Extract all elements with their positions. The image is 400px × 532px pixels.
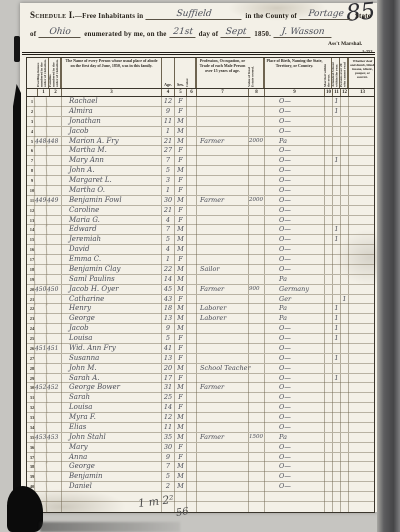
cell-school: [332, 166, 340, 176]
cell-remarks: [348, 383, 376, 393]
cell-age: 25: [161, 393, 174, 403]
cell-remarks: [348, 255, 376, 265]
cell-birth: O—: [264, 176, 324, 186]
cell-occupation: [196, 492, 248, 502]
cell-sex: F: [174, 295, 186, 305]
cell-occupation: [196, 206, 248, 216]
cell-family: [46, 107, 58, 117]
scan-edge-right: [377, 0, 400, 532]
header-divider-rule: [22, 52, 375, 55]
cell-family: [46, 423, 58, 433]
table-row: 8John A.5MO—: [27, 166, 374, 176]
cell-dwelling: [34, 107, 46, 117]
cell-remarks: [348, 354, 376, 364]
cell-school: [332, 265, 340, 275]
cell-color: [186, 383, 196, 393]
cell-married: [324, 334, 332, 344]
table-row: 11449449Benjamin Fowl30MFarmer2000O—: [27, 196, 374, 206]
cell-read: [340, 354, 348, 364]
cell-read: [340, 364, 348, 374]
cell-birth: O—: [264, 374, 324, 384]
cell-color: [186, 225, 196, 235]
cell-name: Wid. Ann Fry: [61, 344, 161, 354]
cell-sex: M: [174, 324, 186, 334]
table-row: 17Emma C.1FO—: [27, 255, 374, 265]
cell-occupation: [196, 146, 248, 156]
cell-age: 4: [161, 245, 174, 255]
cell-school: [332, 275, 340, 285]
cell-name: Caroline: [61, 206, 161, 216]
cell-married: [324, 235, 332, 245]
cell-married: [324, 137, 332, 147]
cell-family: [46, 304, 58, 314]
cell-occupation: [196, 235, 248, 245]
cell-color: [186, 413, 196, 423]
marshal-signature: J. Wasson: [273, 27, 332, 38]
cell-remarks: [348, 265, 376, 275]
cell-value: [248, 235, 264, 245]
cell-remarks: [348, 482, 376, 492]
cell-dwelling: [34, 482, 46, 492]
cell-sex: F: [174, 393, 186, 403]
cell-occupation: [196, 117, 248, 127]
cell-sex: F: [174, 156, 186, 166]
cell-birth: Pa: [264, 137, 324, 147]
cell-value: [248, 186, 264, 196]
cell-birth: O—: [264, 186, 324, 196]
header-line-1: Schedule I. —Free Inhabitants in Suffiel…: [30, 9, 370, 20]
colnum-6: 6: [186, 89, 196, 96]
cell-school: [332, 413, 340, 423]
cell-family: 450: [46, 284, 58, 294]
form-header: Schedule I. —Free Inhabitants in Suffiel…: [30, 9, 370, 38]
cell-value: 2000: [248, 137, 264, 147]
cell-name: Louisa: [61, 403, 161, 413]
cell-married: [324, 433, 332, 443]
cell-occupation: [196, 462, 248, 472]
cell-family: 453: [46, 432, 58, 442]
cell-school: [332, 393, 340, 403]
cell-married: [324, 383, 332, 393]
cell-school: [332, 492, 340, 502]
cell-age: 14: [161, 275, 174, 285]
cell-sex: M: [174, 245, 186, 255]
cell-birth: O—: [264, 393, 324, 403]
title-text: —Free Inhabitants in: [75, 12, 143, 20]
cell-sex: F: [174, 453, 186, 463]
cell-remarks: [348, 127, 376, 137]
cell-dwelling: [34, 462, 46, 472]
cell-color: [186, 156, 196, 166]
colnum-blank: [27, 89, 37, 96]
cell-age: 1: [161, 127, 174, 137]
cell-color: [186, 334, 196, 344]
cell-family: [46, 186, 58, 196]
cell-birth: O—: [264, 255, 324, 265]
cell-remarks: [348, 502, 376, 512]
cell-name: Jonathan: [61, 117, 161, 127]
cell-value: [248, 216, 264, 226]
cell-sex: M: [174, 235, 186, 245]
cell-remarks: [348, 374, 376, 384]
cell-read: [340, 433, 348, 443]
cell-family: [46, 245, 58, 255]
cell-color: [186, 245, 196, 255]
cell-name: Anna: [61, 453, 161, 463]
cell-age: 7: [161, 225, 174, 235]
table-row: 42: [27, 502, 374, 512]
cell-name: Benjamin: [61, 472, 161, 482]
cell-name: Catharine: [61, 295, 161, 305]
cell-remarks: [348, 462, 376, 472]
cell-birth: O—: [264, 443, 324, 453]
cell-color: [186, 453, 196, 463]
cell-occupation: [196, 453, 248, 463]
cell-occupation: [196, 225, 248, 235]
cell-sex: M: [174, 423, 186, 433]
cell-birth: O—: [264, 403, 324, 413]
cell-name: Saml Paulins: [61, 275, 161, 285]
cell-color: [186, 374, 196, 384]
cell-birth: O—: [264, 117, 324, 127]
cell-sex: M: [174, 472, 186, 482]
cell-school: 1: [332, 334, 340, 344]
colnum-13: 13: [348, 89, 376, 96]
cell-age: 35: [161, 433, 174, 443]
cell-remarks: [348, 393, 376, 403]
col-head-married: Married within the year.: [324, 58, 332, 88]
cell-remarks: [348, 97, 376, 107]
cell-dwelling: [34, 363, 46, 373]
cell-dwelling: [34, 126, 46, 136]
colnum-2: 2: [49, 89, 61, 96]
table-row: 3Jonathan11MO—: [27, 117, 374, 127]
cell-value: [248, 166, 264, 176]
cell-birth: Pa: [264, 275, 324, 285]
cell-birth: O—: [264, 156, 324, 166]
cell-read: [340, 137, 348, 147]
cell-remarks: [348, 117, 376, 127]
cell-value: [248, 393, 264, 403]
cell-remarks: [348, 344, 376, 354]
cell-occupation: [196, 107, 248, 117]
cell-value: [248, 314, 264, 324]
cell-occupation: [196, 354, 248, 364]
table-row: 28John M.20MSchool TeacherO—: [27, 364, 374, 374]
cell-birth: O—: [264, 472, 324, 482]
table-row: 26451451Wid. Ann Fry41FO—: [27, 344, 374, 354]
cell-family: [46, 205, 58, 215]
cell-school: [332, 344, 340, 354]
cell-family: 452: [46, 383, 58, 393]
cell-color: [186, 364, 196, 374]
census-table: Dwelling-houses numbered in the order of…: [26, 57, 375, 513]
cell-value: [248, 443, 264, 453]
cell-remarks: [348, 304, 376, 314]
cell-remarks: [348, 334, 376, 344]
cell-read: [340, 374, 348, 384]
cell-read: [340, 413, 348, 423]
cell-married: [324, 364, 332, 374]
cell-married: [324, 472, 332, 482]
cell-sex: M: [174, 265, 186, 275]
cell-age: 1: [161, 186, 174, 196]
scan-edge-smudge: [40, 522, 180, 532]
cell-school: [332, 443, 340, 453]
state-field: Ohio: [39, 27, 82, 38]
cell-color: [186, 275, 196, 285]
cell-age: 11: [161, 117, 174, 127]
cell-value: [248, 146, 264, 156]
table-body: 1Rachael12FO—12Almira9FO—13Jonathan11MO—…: [26, 97, 375, 513]
table-row: 39Benjamin5MO—: [27, 472, 374, 482]
cell-name: Benjamin Fowl: [61, 196, 161, 206]
cell-name: Sarah A.: [61, 374, 161, 384]
table-row: 12Caroline21FO—: [27, 206, 374, 216]
cell-value: [248, 423, 264, 433]
cell-color: [186, 166, 196, 176]
cell-remarks: [348, 413, 376, 423]
cell-school: 1: [332, 374, 340, 384]
cell-read: [340, 186, 348, 196]
cell-married: [324, 206, 332, 216]
cell-value: [248, 176, 264, 186]
cell-name: David: [61, 245, 161, 255]
cell-remarks: [348, 206, 376, 216]
col-head-value: Value of Real Estate owned.: [248, 58, 264, 88]
pencil-annotation-2: 56: [175, 506, 189, 519]
cell-birth: Germany: [264, 285, 324, 295]
cell-read: [340, 285, 348, 295]
cell-read: [340, 472, 348, 482]
cell-read: [340, 225, 348, 235]
cell-birth: Pa: [264, 433, 324, 443]
cell-remarks: [348, 472, 376, 482]
cell-birth: O—: [264, 245, 324, 255]
cell-married: [324, 186, 332, 196]
cell-color: [186, 403, 196, 413]
cell-occupation: Farmer: [196, 196, 248, 206]
cell-read: [340, 216, 348, 226]
cell-value: 2000: [248, 196, 264, 206]
cell-sex: F: [174, 354, 186, 364]
cell-read: [340, 453, 348, 463]
cell-birth: O—: [264, 235, 324, 245]
enumerated-label: enumerated by me, on the: [84, 30, 166, 38]
cell-family: [46, 176, 58, 186]
state-label: State: [355, 12, 371, 20]
cell-married: [324, 255, 332, 265]
cell-remarks: [348, 423, 376, 433]
cell-color: [186, 344, 196, 354]
colnum-3: 3: [61, 89, 161, 96]
cell-occupation: [196, 166, 248, 176]
cell-school: [332, 383, 340, 393]
cell-name: Edward: [61, 225, 161, 235]
cell-family: [46, 255, 58, 265]
cell-read: [340, 334, 348, 344]
cell-school: [332, 176, 340, 186]
cell-value: [248, 492, 264, 502]
cell-dwelling: [34, 97, 46, 107]
cell-married: [324, 295, 332, 305]
cell-sex: M: [174, 117, 186, 127]
cell-sex: F: [174, 443, 186, 453]
cell-value: [248, 107, 264, 117]
cell-dwelling: [34, 255, 46, 265]
cell-sex: M: [174, 364, 186, 374]
table-row: 34Elias11MO—: [27, 423, 374, 433]
cell-age: 13: [161, 354, 174, 364]
cell-remarks: [348, 314, 376, 324]
cell-occupation: [196, 472, 248, 482]
year-label: 1850.: [254, 30, 271, 38]
cell-value: [248, 225, 264, 235]
cell-name: Martha M.: [61, 146, 161, 156]
cell-remarks: [348, 275, 376, 285]
cell-school: [332, 482, 340, 492]
cell-birth: O—: [264, 265, 324, 275]
cell-age: 22: [161, 265, 174, 275]
cell-sex: M: [174, 127, 186, 137]
cell-value: [248, 334, 264, 344]
cell-read: [340, 502, 348, 512]
cell-married: [324, 354, 332, 364]
cell-value: [248, 482, 264, 492]
cell-value: [248, 265, 264, 275]
cell-married: [324, 176, 332, 186]
cell-sex: M: [174, 413, 186, 423]
cell-remarks: [348, 403, 376, 413]
colnum-12: 12: [340, 89, 348, 96]
cell-sex: [174, 492, 186, 502]
cell-remarks: [348, 186, 376, 196]
table-row: 23George13MLaborerPa1: [27, 314, 374, 324]
cell-school: [332, 245, 340, 255]
cell-dwelling: [34, 205, 46, 215]
cell-value: 1500: [248, 433, 264, 443]
cell-read: [340, 304, 348, 314]
cell-name: Maria G.: [61, 216, 161, 226]
cell-birth: O—: [264, 166, 324, 176]
cell-school: 1: [332, 97, 340, 107]
cell-age: 21: [161, 137, 174, 147]
cell-family: [46, 324, 58, 334]
cell-school: 1: [332, 107, 340, 117]
cell-school: 1: [332, 314, 340, 324]
cell-school: [332, 196, 340, 206]
cell-birth: O—: [264, 97, 324, 107]
colnum-1: 1: [37, 89, 49, 96]
cell-occupation: [196, 127, 248, 137]
cell-school: 1: [332, 235, 340, 245]
cell-sex: F: [174, 97, 186, 107]
cell-sex: M: [174, 225, 186, 235]
cell-color: [186, 107, 196, 117]
cell-remarks: [348, 245, 376, 255]
cell-occupation: School Teacher: [196, 364, 248, 374]
cell-family: [46, 314, 58, 324]
cell-age: 12: [161, 413, 174, 423]
cell-color: [186, 462, 196, 472]
cell-school: [332, 453, 340, 463]
cell-read: [340, 462, 348, 472]
cell-married: [324, 245, 332, 255]
table-row: 35453453John Stahl35MFarmer1500Pa: [27, 433, 374, 443]
cell-name: John A.: [61, 166, 161, 176]
cell-read: [340, 206, 348, 216]
cell-read: [340, 443, 348, 453]
cell-family: [46, 492, 58, 502]
cell-name: John Stahl: [61, 433, 161, 443]
cell-school: [332, 255, 340, 265]
table-row: 41: [27, 492, 374, 502]
cell-school: [332, 364, 340, 374]
cell-sex: F: [174, 146, 186, 156]
cell-school: 1: [332, 304, 340, 314]
cell-birth: O—: [264, 413, 324, 423]
cell-married: [324, 117, 332, 127]
cell-birth: O—: [264, 462, 324, 472]
cell-married: [324, 344, 332, 354]
cell-married: [324, 462, 332, 472]
cell-married: [324, 265, 332, 275]
table-row: 27Susanna13FO—1: [27, 354, 374, 364]
cell-sex: M: [174, 275, 186, 285]
cell-married: [324, 374, 332, 384]
cell-name: George: [61, 462, 161, 472]
cell-name: Marion A. Fry: [61, 137, 161, 147]
cell-occupation: Farmer: [196, 383, 248, 393]
cell-color: [186, 304, 196, 314]
table-row: 24Jacob9MO—1: [27, 324, 374, 334]
table-row: 5448448Marion A. Fry21MFarmer2000Pa: [27, 137, 374, 147]
cell-occupation: Farmer: [196, 433, 248, 443]
schedule-label: Schedule I.: [30, 10, 75, 20]
cell-value: [248, 206, 264, 216]
cell-age: 11: [161, 423, 174, 433]
cell-remarks: [348, 235, 376, 245]
cell-dwelling: [34, 324, 46, 334]
cell-school: [332, 462, 340, 472]
colnum-4: 4: [161, 89, 174, 96]
cell-birth: O—: [264, 324, 324, 334]
table-row: 20450450Jacob H. Oyer45MFarmer900Germany: [27, 285, 374, 295]
cell-color: [186, 314, 196, 324]
cell-sex: F: [174, 403, 186, 413]
cell-family: [46, 363, 58, 373]
cell-value: [248, 245, 264, 255]
cell-occupation: Laborer: [196, 304, 248, 314]
cell-name: Elias: [61, 423, 161, 433]
cell-dwelling: [34, 472, 46, 482]
day-of-label: day of: [199, 30, 219, 38]
cell-dwelling: [34, 314, 46, 324]
table-row: 36Mary30FO—: [27, 443, 374, 453]
cell-occupation: [196, 324, 248, 334]
cell-school: 1: [332, 156, 340, 166]
cell-occupation: [196, 423, 248, 433]
cell-name: Daniel: [61, 482, 161, 492]
cell-dwelling: [34, 146, 46, 156]
cell-married: [324, 225, 332, 235]
cell-remarks: [348, 216, 376, 226]
cell-married: [324, 107, 332, 117]
month-field: Sept: [221, 27, 252, 38]
cell-value: [248, 344, 264, 354]
cell-color: [186, 482, 196, 492]
cell-married: [324, 314, 332, 324]
